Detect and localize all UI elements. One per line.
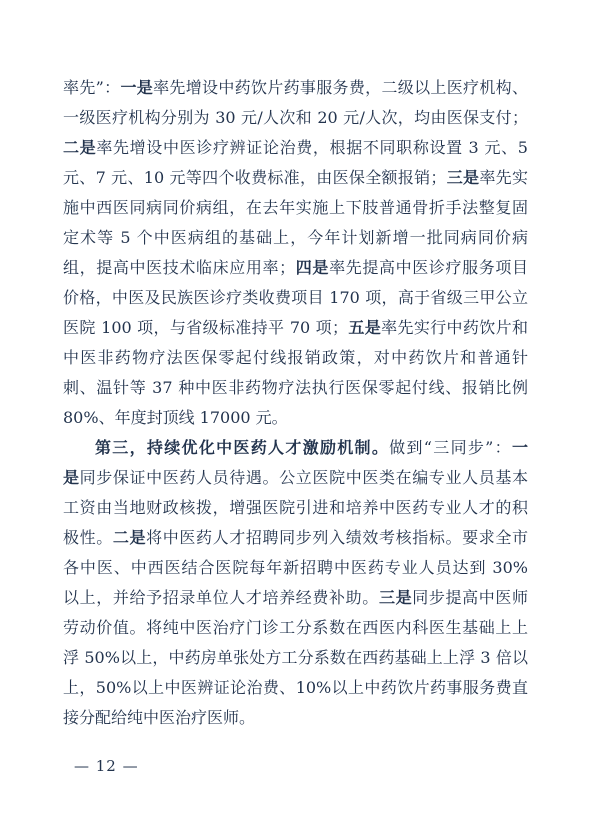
paragraph: 率先”：一是率先增设中药饮片药事服务费，二级以上医疗机构、一级医疗机构分别为 3… bbox=[63, 73, 528, 433]
body-text: 各中医、中西医结合医院每年新招聘中医药专业人员达到 30% bbox=[63, 558, 528, 577]
body-text: 同步保证中医药人员待遇。公立医院中医类在编专业人员基本 bbox=[80, 468, 528, 487]
document-page: 率先”：一是率先增设中药饮片药事服务费，二级以上医疗机构、一级医疗机构分别为 3… bbox=[0, 0, 591, 829]
body-text: 刺、温针等 37 种中医非药物疗法执行医保零起付线、报销比例 bbox=[63, 378, 528, 397]
body-text: 80%、年度封顶线 17000 元。 bbox=[63, 408, 288, 427]
paragraph: 第三，持续优化中医药人才激励机制。做到“三同步”：一是同步保证中医药人员待遇。公… bbox=[63, 433, 528, 733]
body-text: 率先”： bbox=[63, 78, 120, 97]
body-text: 将中医药人才招聘同步列入绩效考核指标。要求全市 bbox=[146, 528, 528, 547]
body-text: 同步提高中医师 bbox=[412, 588, 528, 607]
body-text: 施中西医同病同价病组，在去年实施上下肢普通骨折手法整复固 bbox=[63, 198, 528, 217]
body-text: 劳动价值。将纯中医治疗门诊工分系数在西医内科医生基础上上 bbox=[63, 618, 528, 637]
body-text: 率先实 bbox=[479, 168, 528, 187]
text-line: 接分配给纯中医治疗医师。 bbox=[63, 703, 528, 733]
body-text: 率先增设中医诊疗辨证论治费，根据不同职称设置 3 元、5 bbox=[96, 138, 528, 157]
body-text: 工资由当地财政核拨，增强医院引进和培养中医药专业人才的积 bbox=[63, 498, 528, 517]
text-line: 中医非药物疗法医保零起付线报销政策，对中药饮片和普通针 bbox=[63, 343, 528, 373]
emphasis-text: 是 bbox=[63, 468, 80, 487]
emphasis-text: 第三，持续优化中医药人才激励机制。 bbox=[95, 438, 389, 457]
body-text: 极性。 bbox=[63, 528, 113, 547]
body-text: 做到“三同步”： bbox=[389, 438, 512, 457]
emphasis-text: 三是 bbox=[379, 588, 412, 607]
text-line: 浮 50%以上，中药房单张处方工分系数在西药基础上上浮 3 倍以 bbox=[63, 643, 528, 673]
text-line: 率先”：一是率先增设中药饮片药事服务费，二级以上医疗机构、 bbox=[63, 73, 528, 103]
text-line: 工资由当地财政核拨，增强医院引进和培养中医药专业人才的积 bbox=[63, 493, 528, 523]
emphasis-text: 四是 bbox=[295, 258, 329, 277]
body-text: 上，50%以上中医辨证论治费、10%以上中药饮片药事服务费直 bbox=[63, 678, 528, 697]
emphasis-text: 二是 bbox=[113, 528, 146, 547]
emphasis-text: 二是 bbox=[63, 138, 96, 157]
text-line: 是同步保证中医药人员待遇。公立医院中医类在编专业人员基本 bbox=[63, 463, 528, 493]
page-number: — 12 — bbox=[74, 756, 139, 776]
emphasis-text: 一是 bbox=[120, 78, 153, 97]
body-text: 浮 50%以上，中药房单张处方工分系数在西药基础上上浮 3 倍以 bbox=[63, 648, 528, 667]
text-line: 医院 100 项，与省级标准持平 70 项；五是率先实行中药饮片和 bbox=[63, 313, 528, 343]
emphasis-text: 五是 bbox=[348, 318, 381, 337]
emphasis-text: 一 bbox=[512, 438, 528, 457]
text-line: 上，50%以上中医辨证论治费、10%以上中药饮片药事服务费直 bbox=[63, 673, 528, 703]
text-line: 元、7 元、10 元等四个收费标准，由医保全额报销；三是率先实 bbox=[63, 163, 528, 193]
emphasis-text: 三是 bbox=[446, 168, 479, 187]
text-line: 二是率先增设中医诊疗辨证论治费，根据不同职称设置 3 元、5 bbox=[63, 133, 528, 163]
body-text: 元、7 元、10 元等四个收费标准，由医保全额报销； bbox=[63, 168, 446, 187]
body-text: 组，提高中医技术临床应用率； bbox=[63, 258, 295, 277]
body-text: 定术等 5 个中医病组的基础上，今年计划新增一批同病同价病 bbox=[63, 228, 528, 247]
text-line: 定术等 5 个中医病组的基础上，今年计划新增一批同病同价病 bbox=[63, 223, 528, 253]
body-text: 中医非药物疗法医保零起付线报销政策，对中药饮片和普通针 bbox=[63, 348, 528, 367]
document-body: 率先”：一是率先增设中药饮片药事服务费，二级以上医疗机构、一级医疗机构分别为 3… bbox=[63, 73, 528, 733]
body-text: 医院 100 项，与省级标准持平 70 项； bbox=[63, 318, 348, 337]
text-line: 价格，中医及民族医诊疗类收费项目 170 项，高于省级三甲公立 bbox=[63, 283, 528, 313]
text-line: 以上，并给予招录单位人才培养经费补助。三是同步提高中医师 bbox=[63, 583, 528, 613]
text-line: 组，提高中医技术临床应用率；四是率先提高中医诊疗服务项目 bbox=[63, 253, 528, 283]
body-text: 价格，中医及民族医诊疗类收费项目 170 项，高于省级三甲公立 bbox=[63, 288, 528, 307]
text-line: 一级医疗机构分别为 30 元/人次和 20 元/人次，均由医保支付； bbox=[63, 103, 528, 133]
body-text: 以上，并给予招录单位人才培养经费补助。 bbox=[63, 588, 379, 607]
body-text: 率先提高中医诊疗服务项目 bbox=[329, 258, 528, 277]
text-line: 劳动价值。将纯中医治疗门诊工分系数在西医内科医生基础上上 bbox=[63, 613, 528, 643]
body-text: 一级医疗机构分别为 30 元/人次和 20 元/人次，均由医保支付； bbox=[63, 108, 528, 127]
body-text: 率先实行中药饮片和 bbox=[381, 318, 528, 337]
text-line: 80%、年度封顶线 17000 元。 bbox=[63, 403, 528, 433]
text-line: 各中医、中西医结合医院每年新招聘中医药专业人员达到 30% bbox=[63, 553, 528, 583]
text-line: 极性。二是将中医药人才招聘同步列入绩效考核指标。要求全市 bbox=[63, 523, 528, 553]
body-text: 接分配给纯中医治疗医师。 bbox=[63, 708, 255, 727]
text-line: 第三，持续优化中医药人才激励机制。做到“三同步”：一 bbox=[63, 433, 528, 463]
body-text: 率先增设中药饮片药事服务费，二级以上医疗机构、 bbox=[153, 78, 528, 97]
text-line: 刺、温针等 37 种中医非药物疗法执行医保零起付线、报销比例 bbox=[63, 373, 528, 403]
text-line: 施中西医同病同价病组，在去年实施上下肢普通骨折手法整复固 bbox=[63, 193, 528, 223]
